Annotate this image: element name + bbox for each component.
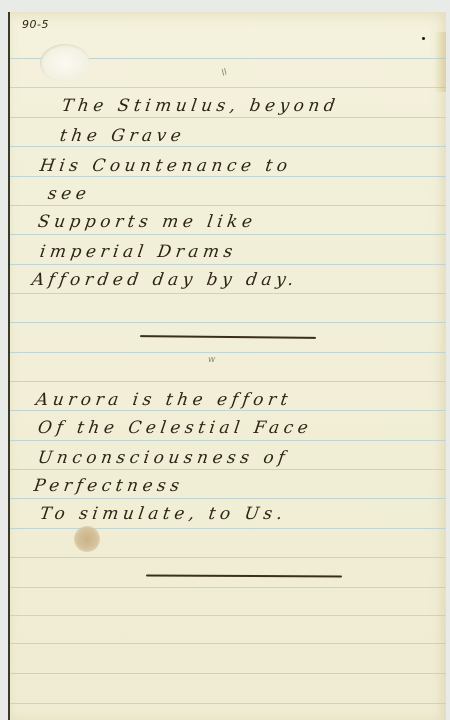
edge-stain: [434, 32, 446, 92]
poem-line: To simulate, to Us.: [39, 504, 288, 524]
rule-line: [10, 440, 446, 441]
poem-line: His Countenance to: [39, 156, 293, 176]
pencil-mark-w: w: [208, 355, 215, 365]
rule-line: [10, 557, 446, 558]
rule-line: [10, 234, 446, 235]
rule-line: [10, 643, 446, 644]
rule-line: [10, 673, 446, 674]
rule-line: [10, 381, 446, 382]
divider-line: [140, 335, 316, 339]
rule-line: [10, 322, 446, 323]
poem-line: imperial Drams: [39, 242, 239, 262]
poem-line: Unconsciousness of: [37, 448, 291, 468]
rule-line: [10, 703, 446, 704]
rule-line: [10, 146, 446, 147]
rule-line: [10, 587, 446, 588]
rule-line: [10, 117, 446, 118]
rule-line: [10, 205, 446, 206]
ink-stain: [74, 526, 100, 552]
rule-line: [10, 176, 446, 177]
rule-line: [10, 498, 446, 499]
rule-line: [10, 264, 446, 265]
rule-line: [10, 528, 446, 529]
rule-line: [10, 352, 446, 353]
poem-line: Aurora is the effort: [35, 390, 294, 410]
pin-hole: [422, 37, 425, 40]
poem-line: The Stimulus, beyond: [61, 96, 341, 116]
pencil-mark-ii: II: [220, 67, 229, 78]
manuscript-page: 90-5 II w The Stimulus, beyond the Grave…: [8, 12, 446, 720]
poem-line: Afforded day by day.: [31, 270, 300, 290]
rule-line: [10, 87, 446, 88]
rule-line: [10, 293, 446, 294]
poem-line: Of the Celestial Face: [37, 418, 314, 438]
poem-line: see: [47, 184, 92, 204]
divider-line: [146, 574, 342, 577]
rule-line: [10, 615, 446, 616]
catalog-number: 90-5: [22, 18, 49, 31]
poem-line: Perfectness: [33, 476, 185, 496]
poem-line: the Grave: [59, 126, 187, 146]
embossed-seal: [40, 44, 90, 82]
poem-line: Supports me like: [37, 212, 258, 232]
rule-line: [10, 410, 446, 411]
rule-line: [10, 469, 446, 470]
